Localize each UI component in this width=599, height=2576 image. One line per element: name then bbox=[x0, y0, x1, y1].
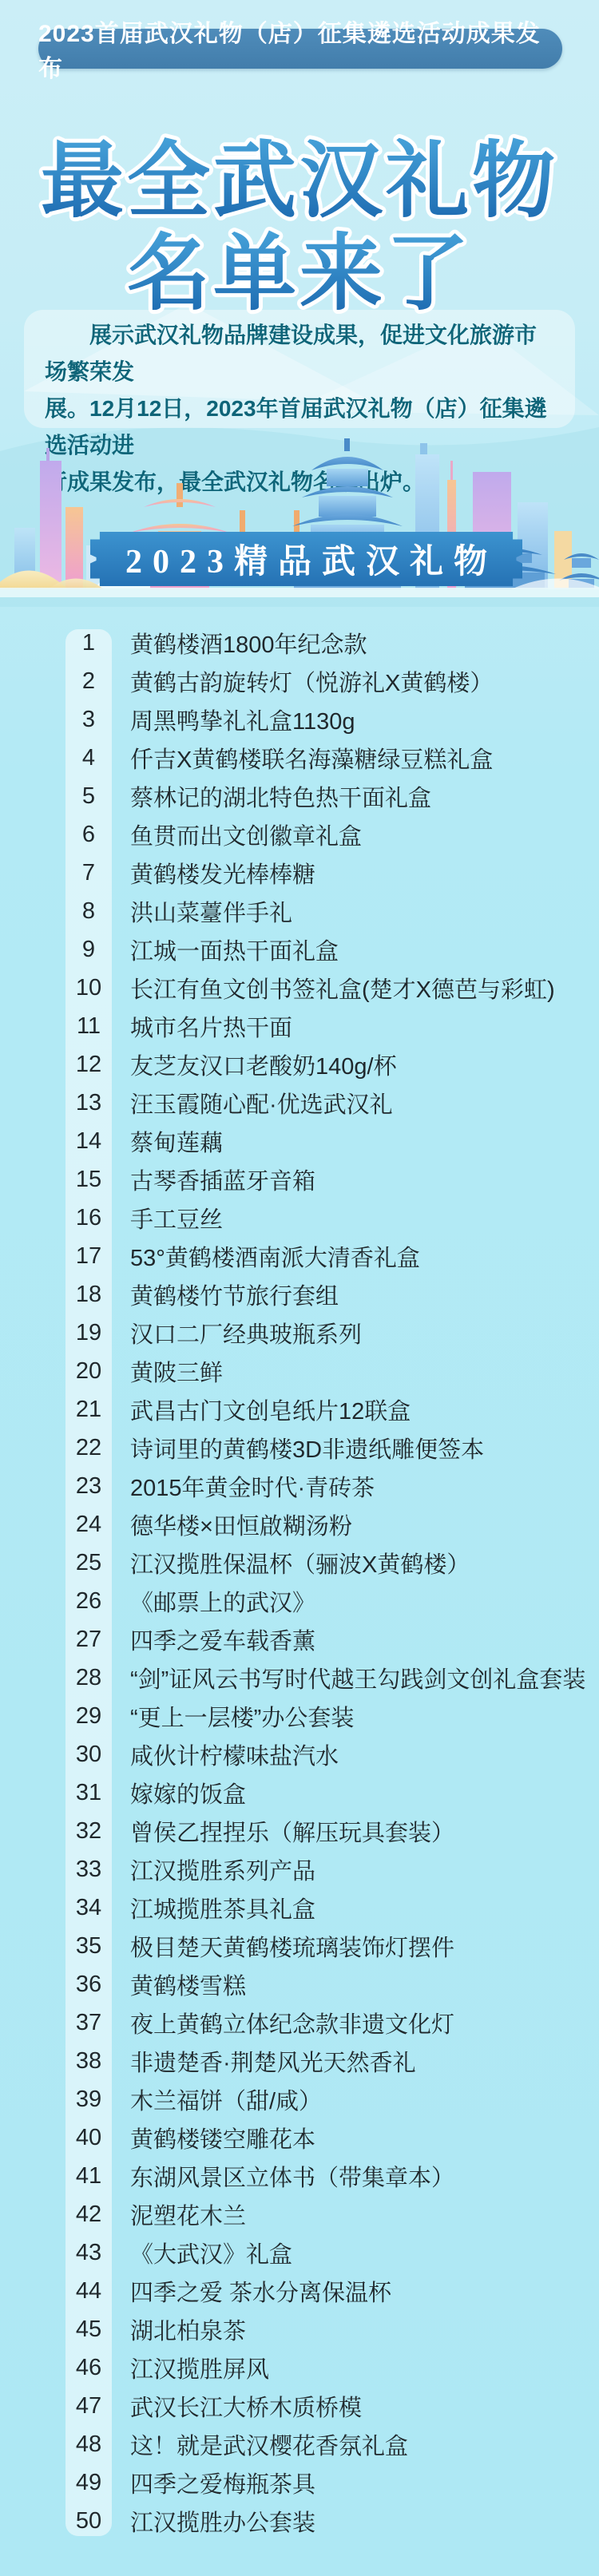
list-item: 3 周黑鸭挚礼礼盒1130g bbox=[0, 700, 599, 739]
intro-panel: 展示武汉礼物品牌建设成果，促进文化旅游市场繁荣发 展。12月12日，2023年首… bbox=[24, 310, 575, 428]
list-item: 1 黄鹤楼酒1800年纪念款 bbox=[0, 624, 599, 662]
item-label: 江汉揽胜系列产品 bbox=[130, 1853, 315, 1886]
item-number: 26 bbox=[65, 1588, 112, 1615]
item-label: 汪玉霞随心配·优选武汉礼 bbox=[130, 1087, 393, 1120]
item-label: 黄鹤楼雪糕 bbox=[130, 1968, 246, 2001]
item-label: 夜上黄鹤立体纪念款非遗文化灯 bbox=[130, 2007, 454, 2039]
item-number: 19 bbox=[65, 1320, 112, 1346]
item-label: 黄鹤楼镂空雕花本 bbox=[130, 2122, 315, 2154]
item-number: 13 bbox=[65, 1090, 112, 1116]
item-number: 30 bbox=[65, 1742, 112, 1768]
item-number: 49 bbox=[65, 2470, 112, 2496]
item-label: 仟吉X黄鹤楼联名海藻糖绿豆糕礼盒 bbox=[130, 742, 493, 775]
list-item: 34 江城揽胜茶具礼盒 bbox=[0, 1888, 599, 1927]
item-label: 湖北柏泉茶 bbox=[130, 2313, 246, 2346]
list-item: 38 非遗楚香·荆楚风光天然香礼 bbox=[0, 2042, 599, 2080]
list-item: 25 江汉揽胜保温杯（骊波X黄鹤楼） bbox=[0, 1544, 599, 1582]
item-number: 5 bbox=[65, 783, 112, 810]
item-label: 江汉揽胜屏风 bbox=[130, 2352, 269, 2384]
item-number: 3 bbox=[65, 707, 112, 733]
list-item: 22 诗词里的黄鹤楼3D非遗纸雕便签本 bbox=[0, 1429, 599, 1467]
list-item: 18 黄鹤楼竹节旅行套组 bbox=[0, 1275, 599, 1314]
list-item: 8 洪山菜薹伴手礼 bbox=[0, 892, 599, 930]
item-number: 24 bbox=[65, 1512, 112, 1538]
item-number: 10 bbox=[65, 975, 112, 1001]
item-label: 城市名片热干面 bbox=[130, 1010, 292, 1043]
item-number: 46 bbox=[65, 2355, 112, 2381]
item-label: 友芝友汉口老酸奶140g/杯 bbox=[130, 1048, 397, 1081]
list-item: 16 手工豆丝 bbox=[0, 1199, 599, 1237]
item-label: 黄鹤楼酒1800年纪念款 bbox=[130, 627, 367, 660]
item-number: 4 bbox=[65, 745, 112, 771]
item-number: 11 bbox=[65, 1013, 112, 1040]
list-item: 10 长江有鱼文创书签礼盒(楚才X德芭与彩虹) bbox=[0, 969, 599, 1007]
item-number: 45 bbox=[65, 2316, 112, 2343]
item-label: 曾侯乙捏捏乐（解压玩具套装） bbox=[130, 1815, 454, 1848]
item-label: “剑”证风云书写时代越王勾践剑文创礼盒套装 bbox=[130, 1662, 585, 1694]
item-label: 鱼贯而出文创徽章礼盒 bbox=[130, 818, 362, 851]
item-number: 21 bbox=[65, 1397, 112, 1423]
item-number: 18 bbox=[65, 1282, 112, 1308]
item-number: 41 bbox=[65, 2163, 112, 2190]
item-number: 31 bbox=[65, 1780, 112, 1806]
list-item: 44 四季之爱 茶水分离保温杯 bbox=[0, 2272, 599, 2310]
list-item: 46 江汉揽胜屏风 bbox=[0, 2348, 599, 2387]
item-label: 德华楼×田恒啟糊汤粉 bbox=[130, 1508, 352, 1541]
list-item: 27 四季之爱车载香薰 bbox=[0, 1620, 599, 1659]
item-number: 8 bbox=[65, 898, 112, 925]
item-number: 23 bbox=[65, 1473, 112, 1500]
event-badge: 2023首届武汉礼物（店）征集遴选活动成果发布 bbox=[38, 29, 562, 69]
item-label: 53°黄鹤楼酒南派大清香礼盒 bbox=[130, 1240, 420, 1273]
list-item: 24 德华楼×田恒啟糊汤粉 bbox=[0, 1505, 599, 1544]
item-number: 34 bbox=[65, 1895, 112, 1921]
item-number: 47 bbox=[65, 2393, 112, 2419]
title-line1: 最全武汉礼物 bbox=[41, 135, 558, 228]
list-item: 48 这！就是武汉樱花香氛礼盒 bbox=[0, 2425, 599, 2463]
list-item: 28 “剑”证风云书写时代越王勾践剑文创礼盒套装 bbox=[0, 1659, 599, 1697]
item-number: 32 bbox=[65, 1818, 112, 1845]
list-item: 7 黄鹤楼发光棒棒糖 bbox=[0, 854, 599, 892]
item-number: 38 bbox=[65, 2048, 112, 2075]
item-number: 25 bbox=[65, 1550, 112, 1576]
item-label: 武汉长江大桥木质桥模 bbox=[130, 2390, 362, 2423]
main-title: 最全武汉礼物 名单来了 bbox=[0, 128, 599, 323]
item-label: 泥塑花木兰 bbox=[130, 2198, 246, 2231]
left-buildings bbox=[14, 448, 99, 589]
list-item: 17 53°黄鹤楼酒南派大清香礼盒 bbox=[0, 1237, 599, 1275]
gift-list: 1 黄鹤楼酒1800年纪念款 2 黄鹤古韵旋转灯（悦游礼X黄鹤楼） 3 周黑鸭挚… bbox=[0, 624, 599, 2540]
list-item: 35 极目楚天黄鹤楼琉璃装饰灯摆件 bbox=[0, 1927, 599, 1965]
item-label: 咸伙计柠檬味盐汽水 bbox=[130, 1738, 339, 1771]
item-number: 1 bbox=[65, 630, 112, 656]
list-item: 49 四季之爱梅瓶茶具 bbox=[0, 2463, 599, 2502]
list-item: 42 泥塑花木兰 bbox=[0, 2195, 599, 2233]
section-banner-label: 2023精品武汉礼物 bbox=[115, 535, 498, 583]
item-number: 33 bbox=[65, 1857, 112, 1883]
item-label: 四季之爱 茶水分离保温杯 bbox=[130, 2275, 391, 2308]
list-item: 23 2015年黄金时代·青砖茶 bbox=[0, 1467, 599, 1505]
list-item: 6 鱼贯而出文创徽章礼盒 bbox=[0, 815, 599, 854]
item-number: 28 bbox=[65, 1665, 112, 1691]
item-label: 江汉揽胜保温杯（骊波X黄鹤楼） bbox=[130, 1547, 470, 1579]
item-number: 35 bbox=[65, 1933, 112, 1960]
item-label: 手工豆丝 bbox=[130, 1202, 223, 1234]
item-number: 20 bbox=[65, 1358, 112, 1385]
list-item: 20 黄陂三鲜 bbox=[0, 1352, 599, 1390]
section-banner: 2023精品武汉礼物 bbox=[90, 532, 522, 586]
list-item: 13 汪玉霞随心配·优选武汉礼 bbox=[0, 1084, 599, 1122]
list-item: 2 黄鹤古韵旋转灯（悦游礼X黄鹤楼） bbox=[0, 662, 599, 700]
list-item: 31 嫁嫁的饭盒 bbox=[0, 1773, 599, 1812]
item-label: 江汉揽胜办公套装 bbox=[130, 2505, 315, 2538]
item-label: 非遗楚香·荆楚风光天然香礼 bbox=[130, 2045, 416, 2078]
list-item: 30 咸伙计柠檬味盐汽水 bbox=[0, 1735, 599, 1773]
item-label: 周黑鸭挚礼礼盒1130g bbox=[130, 703, 355, 736]
list-item: 47 武汉长江大桥木质桥模 bbox=[0, 2387, 599, 2425]
item-label: 2015年黄金时代·青砖茶 bbox=[130, 1470, 375, 1503]
list-item: 37 夜上黄鹤立体纪念款非遗文化灯 bbox=[0, 2003, 599, 2042]
item-label: 极目楚天黄鹤楼琉璃装饰灯摆件 bbox=[130, 1930, 454, 1963]
item-label: 古琴香插蓝牙音箱 bbox=[130, 1163, 315, 1196]
item-label: 四季之爱梅瓶茶具 bbox=[130, 2467, 315, 2499]
item-number: 43 bbox=[65, 2240, 112, 2266]
ground-strip bbox=[0, 588, 599, 597]
list-item: 12 友芝友汉口老酸奶140g/杯 bbox=[0, 1045, 599, 1084]
list-item: 45 湖北柏泉茶 bbox=[0, 2310, 599, 2348]
list-item: 5 蔡林记的湖北特色热干面礼盒 bbox=[0, 777, 599, 815]
list-item: 4 仟吉X黄鹤楼联名海藻糖绿豆糕礼盒 bbox=[0, 739, 599, 777]
item-label: 《邮票上的武汉》 bbox=[130, 1585, 315, 1618]
item-label: 诗词里的黄鹤楼3D非遗纸雕便签本 bbox=[130, 1432, 484, 1464]
list-item: 39 木兰福饼（甜/咸） bbox=[0, 2080, 599, 2118]
list-item: 50 江汉揽胜办公套装 bbox=[0, 2502, 599, 2540]
list-item: 40 黄鹤楼镂空雕花本 bbox=[0, 2118, 599, 2157]
list-item: 36 黄鹤楼雪糕 bbox=[0, 1965, 599, 2003]
list-item: 21 武昌古门文创皂纸片12联盒 bbox=[0, 1390, 599, 1429]
item-number: 12 bbox=[65, 1052, 112, 1078]
item-label: 长江有鱼文创书签礼盒(楚才X德芭与彩虹) bbox=[130, 972, 555, 1005]
list-item: 14 蔡甸莲藕 bbox=[0, 1122, 599, 1160]
item-number: 40 bbox=[65, 2125, 112, 2151]
item-number: 6 bbox=[65, 822, 112, 848]
item-number: 29 bbox=[65, 1703, 112, 1730]
item-label: 黄陂三鲜 bbox=[130, 1355, 223, 1388]
item-label: 黄鹤楼竹节旅行套组 bbox=[130, 1278, 339, 1311]
list-item: 33 江汉揽胜系列产品 bbox=[0, 1850, 599, 1888]
list-item: 11 城市名片热干面 bbox=[0, 1007, 599, 1045]
list-item: 29 “更上一层楼”办公套装 bbox=[0, 1697, 599, 1735]
list-item: 43 《大武汉》礼盒 bbox=[0, 2233, 599, 2272]
item-label: 黄鹤古韵旋转灯（悦游礼X黄鹤楼） bbox=[130, 665, 493, 698]
item-number: 42 bbox=[65, 2201, 112, 2228]
item-number: 39 bbox=[65, 2087, 112, 2113]
item-number: 16 bbox=[65, 1205, 112, 1231]
item-label: 洪山菜薹伴手礼 bbox=[130, 895, 292, 928]
item-number: 22 bbox=[65, 1435, 112, 1461]
item-label: 东湖风景区立体书（带集章本） bbox=[130, 2160, 454, 2193]
list-item: 15 古琴香插蓝牙音箱 bbox=[0, 1160, 599, 1199]
item-label: 汉口二厂经典玻瓶系列 bbox=[130, 1317, 362, 1349]
item-number: 2 bbox=[65, 668, 112, 695]
item-label: 蔡甸莲藕 bbox=[130, 1125, 223, 1158]
item-label: 木兰福饼（甜/咸） bbox=[130, 2083, 322, 2116]
item-label: 江城一面热干面礼盒 bbox=[130, 933, 339, 966]
item-label: 《大武汉》礼盒 bbox=[130, 2237, 292, 2269]
intro-line: 展示武汉礼物品牌建设成果，促进文化旅游市场繁荣发 bbox=[45, 317, 554, 390]
item-number: 50 bbox=[65, 2508, 112, 2534]
item-label: 蔡林记的湖北特色热干面礼盒 bbox=[130, 780, 431, 813]
item-label: 黄鹤楼发光棒棒糖 bbox=[130, 857, 315, 890]
list-item: 41 东湖风景区立体书（带集章本） bbox=[0, 2157, 599, 2195]
item-number: 7 bbox=[65, 860, 112, 886]
item-number: 48 bbox=[65, 2431, 112, 2458]
title-line2: 名单来了 bbox=[127, 228, 472, 320]
list-item: 9 江城一面热干面礼盒 bbox=[0, 930, 599, 969]
item-number: 27 bbox=[65, 1627, 112, 1653]
item-number: 37 bbox=[65, 2010, 112, 2036]
item-number: 44 bbox=[65, 2278, 112, 2305]
item-label: “更上一层楼”办公套装 bbox=[130, 1700, 354, 1733]
list-item: 19 汉口二厂经典玻瓶系列 bbox=[0, 1314, 599, 1352]
item-label: 武昌古门文创皂纸片12联盒 bbox=[130, 1393, 411, 1426]
item-number: 14 bbox=[65, 1128, 112, 1155]
list-item: 32 曾侯乙捏捏乐（解压玩具套装） bbox=[0, 1812, 599, 1850]
item-number: 15 bbox=[65, 1167, 112, 1193]
item-number: 17 bbox=[65, 1243, 112, 1270]
item-label: 嫁嫁的饭盒 bbox=[130, 1777, 246, 1809]
list-item: 26 《邮票上的武汉》 bbox=[0, 1582, 599, 1620]
item-number: 9 bbox=[65, 937, 112, 963]
item-number: 36 bbox=[65, 1972, 112, 1998]
item-label: 四季之爱车载香薰 bbox=[130, 1623, 315, 1656]
item-label: 这！就是武汉樱花香氛礼盒 bbox=[130, 2428, 408, 2461]
poster: 2023首届武汉礼物（店）征集遴选活动成果发布 最全武汉礼物 名单来了 展示武汉… bbox=[0, 0, 599, 2576]
item-label: 江城揽胜茶具礼盒 bbox=[130, 1892, 315, 1924]
